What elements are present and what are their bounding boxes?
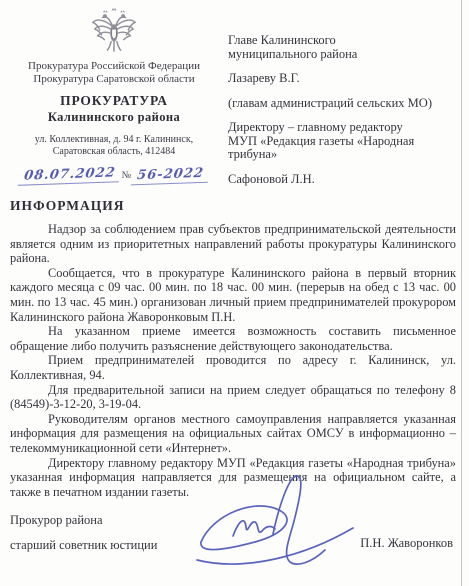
recipient-line: трибуна» [228,148,454,162]
number-sign: № [122,170,132,181]
org-country-line: Прокуратура Российской Федерации [8,60,220,73]
signer-position: Прокурор района старший советник юстиции [10,514,157,552]
recipient-editor: Директору – главному редактору МУП «Реда… [228,121,454,162]
document-page: Прокуратура Российской Федерации Прокура… [0,0,469,586]
recipient-line: муниципального района [228,48,454,62]
recipient-line: Главе Калининского [228,34,454,48]
letterhead: Прокуратура Российской Федерации Прокура… [8,6,220,184]
paragraph-supervision: Надзор за соблюдением прав субъектов пре… [10,222,456,266]
recipient-line: Директору – главному редактору [228,121,454,135]
recipient-line: МУП «Редакция газеты «Народная [228,135,454,149]
recipient-rural-heads: (главам администраций сельских МО) [228,97,454,111]
paragraph-omsu-sites: Руководителям органов местного самоуправ… [10,412,456,456]
handwritten-number: 56-2022 [131,166,210,186]
recipient-head-of-district: Главе Калининского муниципального района [228,34,454,61]
handwritten-signature [193,470,358,580]
org-address-line1: ул. Коллективная, д. 94 г. Калининск, [8,134,220,146]
handwritten-date: 08.07.2022 [18,165,122,186]
date-number-line: 08.07.2022№56-2022 [8,166,220,184]
signer-position-line2: старший советник юстиции [10,539,157,552]
scan-edge-line [461,0,462,586]
org-district: Калининского района [8,110,220,125]
signer-name: П.Н. Жаворонков [360,536,453,551]
recipients-block: Главе Калининского муниципального района… [228,34,454,197]
recipient-safonova: Сафоновой Л.Н. [228,173,454,187]
paragraph-phone: Для предварительной записи на прием след… [10,383,456,412]
document-body: Надзор за соблюдением прав субъектов пре… [10,222,456,499]
document-title: ИНФОРМАЦИЯ [10,198,125,214]
paragraph-reception-address: Прием предпринимателей проводится по адр… [10,353,456,382]
paragraph-reception-schedule: Сообщается, что в прокуратуре Калининско… [10,266,456,324]
paragraph-reception-purpose: На указанном приеме имеется возможность … [10,324,456,353]
org-region-line: Прокуратура Саратовской области [8,73,220,86]
signer-position-line1: Прокурор района [10,514,157,527]
org-address-line2: Саратовская область, 412484 [8,146,220,158]
coat-of-arms-icon [90,6,138,54]
org-name: ПРОКУРАТУРА [8,93,220,108]
recipient-lazarev: Лазареву В.Г. [228,72,454,86]
